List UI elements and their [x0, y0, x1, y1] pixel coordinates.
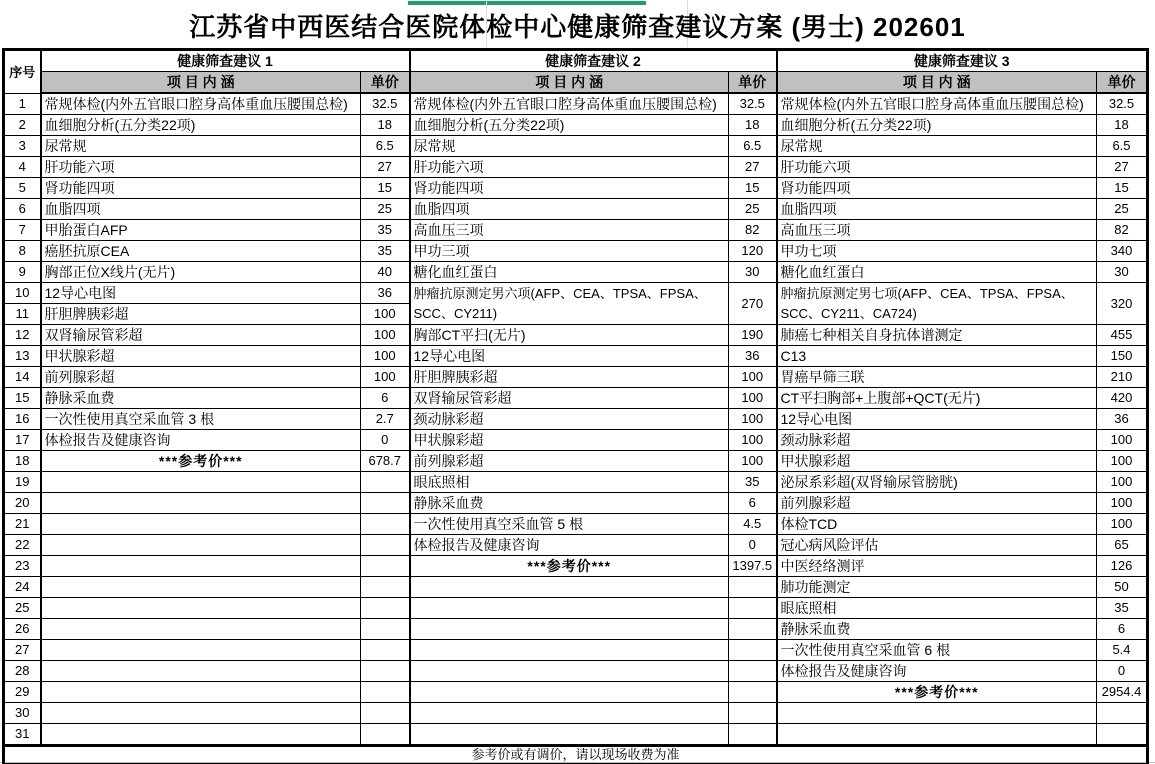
price-cell: 82: [729, 220, 777, 241]
item-cell: [41, 598, 361, 619]
price-cell: 100: [1097, 514, 1148, 535]
item-cell: 双肾输尿管彩超: [41, 325, 361, 346]
item-cell: 胸部CT平扫(无片): [410, 325, 729, 346]
price-cell: 210: [1097, 367, 1148, 388]
table-row: 5肾功能四项15肾功能四项15肾功能四项15: [4, 178, 1148, 199]
item-cell: [41, 661, 361, 682]
serial-cell: 28: [4, 661, 41, 682]
group1-item-header: 项 目 内 涵: [41, 72, 361, 94]
item-cell: [777, 703, 1097, 724]
table-row: 13甲状腺彩超10012导心电图36C13150: [4, 346, 1148, 367]
price-cell: [361, 682, 410, 703]
item-cell: [41, 493, 361, 514]
item-cell: 肝胆脾胰彩超: [410, 367, 729, 388]
price-cell: 100: [729, 409, 777, 430]
health-screening-table: 序号 健康筛查建议 1 健康筛查建议 2 健康筛查建议 3 项 目 内 涵 单价…: [2, 48, 1149, 764]
serial-cell: 22: [4, 535, 41, 556]
price-cell: [361, 703, 410, 724]
price-cell: 340: [1097, 241, 1148, 262]
table-row: 20静脉采血费6前列腺彩超100: [4, 493, 1148, 514]
item-cell: 体检报告及健康咨询: [777, 661, 1097, 682]
footer-note: 参考价或有调价，请以现场收费为准: [4, 746, 1148, 764]
price-cell: 320: [1097, 283, 1148, 325]
serial-cell: 16: [4, 409, 41, 430]
serial-cell: 23: [4, 556, 41, 577]
item-cell: 肺癌七种相关自身抗体谱测定: [777, 325, 1097, 346]
price-cell: [729, 661, 777, 682]
item-cell: [410, 640, 729, 661]
group2-item-header: 项 目 内 涵: [410, 72, 729, 94]
serial-cell: 31: [4, 724, 41, 746]
group3-item-header: 项 目 内 涵: [777, 72, 1097, 94]
item-cell: 体检TCD: [777, 514, 1097, 535]
page-title: 江苏省中西医结合医院体检中心健康筛查建议方案 (男士) 202601: [0, 7, 1155, 47]
price-cell: [729, 577, 777, 598]
item-cell: 12导心电图: [410, 346, 729, 367]
price-cell: [361, 535, 410, 556]
price-cell: 100: [361, 346, 410, 367]
price-cell: 35: [1097, 598, 1148, 619]
serial-cell: 21: [4, 514, 41, 535]
item-cell: ***参考价***: [410, 556, 729, 577]
serial-cell: 2: [4, 115, 41, 136]
item-cell: [41, 703, 361, 724]
serial-cell: 12: [4, 325, 41, 346]
price-cell: [361, 661, 410, 682]
serial-cell: 8: [4, 241, 41, 262]
item-cell: 甲状腺彩超: [410, 430, 729, 451]
price-cell: [361, 493, 410, 514]
serial-cell: 6: [4, 199, 41, 220]
item-cell: [41, 514, 361, 535]
price-cell: 65: [1097, 535, 1148, 556]
price-cell: 6: [361, 388, 410, 409]
price-cell: 40: [361, 262, 410, 283]
item-cell: 泌尿系彩超(双肾输尿管膀胱): [777, 472, 1097, 493]
item-cell: [410, 577, 729, 598]
item-cell: 常规体检(内外五官眼口腔身高体重血压腰围总检): [41, 93, 361, 115]
price-cell: 100: [1097, 493, 1148, 514]
item-cell: 尿常规: [41, 136, 361, 157]
item-cell: [41, 556, 361, 577]
serial-cell: 30: [4, 703, 41, 724]
table-row: 3尿常规6.5尿常规6.5尿常规6.5: [4, 136, 1148, 157]
price-cell: 6: [1097, 619, 1148, 640]
serial-cell: 19: [4, 472, 41, 493]
table-row: 17体检报告及健康咨询0甲状腺彩超100颈动脉彩超100: [4, 430, 1148, 451]
item-cell: [41, 724, 361, 746]
item-cell: 血脂四项: [777, 199, 1097, 220]
item-cell: [41, 682, 361, 703]
price-cell: 100: [361, 304, 410, 325]
group3-price-header: 单价: [1097, 72, 1148, 94]
item-cell: 血细胞分析(五分类22项): [777, 115, 1097, 136]
price-cell: 27: [729, 157, 777, 178]
item-cell: [410, 724, 729, 746]
table-row: 7甲胎蛋白AFP35高血压三项82高血压三项82: [4, 220, 1148, 241]
price-cell: 0: [1097, 661, 1148, 682]
price-cell: 36: [361, 283, 410, 304]
item-cell: 肝功能六项: [777, 157, 1097, 178]
item-cell: 一次性使用真空采血管 6 根: [777, 640, 1097, 661]
item-cell: 前列腺彩超: [41, 367, 361, 388]
price-cell: 100: [1097, 451, 1148, 472]
table-row: 9胸部正位X线片(无片)40糖化血红蛋白30糖化血红蛋白30: [4, 262, 1148, 283]
price-cell: [361, 724, 410, 746]
price-cell: 455: [1097, 325, 1148, 346]
serial-cell: 5: [4, 178, 41, 199]
price-cell: 36: [1097, 409, 1148, 430]
serial-cell: 10: [4, 283, 41, 304]
item-cell: 颈动脉彩超: [777, 430, 1097, 451]
price-cell: 100: [729, 388, 777, 409]
price-cell: 25: [361, 199, 410, 220]
item-cell: [410, 703, 729, 724]
item-cell: 癌胚抗原CEA: [41, 241, 361, 262]
price-cell: [361, 472, 410, 493]
group1-price-header: 单价: [361, 72, 410, 94]
item-cell: [410, 661, 729, 682]
item-cell: ***参考价***: [41, 451, 361, 472]
price-cell: 100: [729, 430, 777, 451]
price-cell: [729, 619, 777, 640]
price-cell: 32.5: [729, 93, 777, 115]
price-cell: 4.5: [729, 514, 777, 535]
item-cell: 肝功能六项: [41, 157, 361, 178]
price-cell: [729, 640, 777, 661]
price-cell: 15: [729, 178, 777, 199]
table-row: 26静脉采血费6: [4, 619, 1148, 640]
spreadsheet-page: 江苏省中西医结合医院体检中心健康筛查建议方案 (男士) 202601 序号 健康…: [0, 0, 1155, 764]
item-cell: [41, 619, 361, 640]
price-cell: 0: [729, 535, 777, 556]
group2-price-header: 单价: [729, 72, 777, 94]
item-cell: 体检报告及健康咨询: [41, 430, 361, 451]
price-cell: [361, 619, 410, 640]
item-cell: [41, 535, 361, 556]
item-cell: [410, 682, 729, 703]
item-cell: 前列腺彩超: [410, 451, 729, 472]
price-cell: 18: [361, 115, 410, 136]
price-cell: [361, 556, 410, 577]
serial-cell: 20: [4, 493, 41, 514]
price-cell: [1097, 703, 1148, 724]
table-row: 1常规体检(内外五官眼口腔身高体重血压腰围总检)32.5常规体检(内外五官眼口腔…: [4, 93, 1148, 115]
serial-cell: 18: [4, 451, 41, 472]
item-cell: 甲功七项: [777, 241, 1097, 262]
table-row: 21一次性使用真空采血管 5 根4.5体检TCD100: [4, 514, 1148, 535]
price-cell: 5.4: [1097, 640, 1148, 661]
top-accent-bar: [408, 1, 646, 5]
item-cell: [410, 619, 729, 640]
serial-header: 序号: [4, 50, 41, 94]
item-cell: 眼底照相: [410, 472, 729, 493]
table-row: 23***参考价***1397.5中医经络测评126: [4, 556, 1148, 577]
group1-title: 健康筛查建议 1: [41, 50, 410, 72]
table-row: 31: [4, 724, 1148, 746]
item-cell: 肾功能四项: [41, 178, 361, 199]
price-cell: 100: [361, 367, 410, 388]
price-cell: 1397.5: [729, 556, 777, 577]
table-row: 22体检报告及健康咨询0冠心病风险评估65: [4, 535, 1148, 556]
serial-cell: 29: [4, 682, 41, 703]
item-cell: 肝功能六项: [410, 157, 729, 178]
item-cell: 肺功能测定: [777, 577, 1097, 598]
price-cell: 27: [361, 157, 410, 178]
item-cell: 中医经络测评: [777, 556, 1097, 577]
item-cell: 眼底照相: [777, 598, 1097, 619]
table-row: 1012导心电图36肿瘤抗原测定男六项(AFP、CEA、TPSA、FPSA、SC…: [4, 283, 1148, 304]
table-row: 19眼底照相35泌尿系彩超(双肾输尿管膀胱)100: [4, 472, 1148, 493]
item-cell: 甲功三项: [410, 241, 729, 262]
table-row: 28体检报告及健康咨询0: [4, 661, 1148, 682]
item-cell: [41, 640, 361, 661]
table-row: 15静脉采血费6双肾输尿管彩超100CT平扫胸部+上腹部+QCT(无片)420: [4, 388, 1148, 409]
price-cell: 0: [361, 430, 410, 451]
item-cell: 甲胎蛋白AFP: [41, 220, 361, 241]
item-cell: C13: [777, 346, 1097, 367]
table-row: 16一次性使用真空采血管 3 根2.7颈动脉彩超10012导心电图36: [4, 409, 1148, 430]
price-cell: 420: [1097, 388, 1148, 409]
price-cell: 36: [729, 346, 777, 367]
serial-cell: 17: [4, 430, 41, 451]
group3-title: 健康筛查建议 3: [777, 50, 1148, 72]
price-cell: [729, 724, 777, 746]
price-cell: 2954.4: [1097, 682, 1148, 703]
item-cell: 静脉采血费: [777, 619, 1097, 640]
serial-cell: 13: [4, 346, 41, 367]
item-cell: 血细胞分析(五分类22项): [41, 115, 361, 136]
group2-title: 健康筛查建议 2: [410, 50, 777, 72]
serial-cell: 15: [4, 388, 41, 409]
serial-cell: 1: [4, 93, 41, 115]
price-cell: 30: [729, 262, 777, 283]
price-cell: 100: [729, 367, 777, 388]
price-cell: 6.5: [729, 136, 777, 157]
price-cell: 100: [361, 325, 410, 346]
item-cell: 尿常规: [410, 136, 729, 157]
item-cell: 肿瘤抗原测定男六项(AFP、CEA、TPSA、FPSA、SCC、CY211): [410, 283, 729, 325]
item-cell: 糖化血红蛋白: [410, 262, 729, 283]
price-cell: 32.5: [361, 93, 410, 115]
price-cell: 82: [1097, 220, 1148, 241]
item-cell: 静脉采血费: [41, 388, 361, 409]
table-row: 25眼底照相35: [4, 598, 1148, 619]
price-cell: 25: [729, 199, 777, 220]
table-row: 6血脂四项25血脂四项25血脂四项25: [4, 199, 1148, 220]
serial-cell: 3: [4, 136, 41, 157]
item-cell: 前列腺彩超: [777, 493, 1097, 514]
price-cell: 30: [1097, 262, 1148, 283]
serial-cell: 11: [4, 304, 41, 325]
price-cell: [1097, 724, 1148, 746]
price-cell: 678.7: [361, 451, 410, 472]
item-cell: [410, 598, 729, 619]
price-cell: 35: [361, 241, 410, 262]
table-row: 12双肾输尿管彩超100胸部CT平扫(无片)190肺癌七种相关自身抗体谱测定45…: [4, 325, 1148, 346]
price-cell: 100: [729, 451, 777, 472]
price-cell: 6.5: [1097, 136, 1148, 157]
item-cell: 肿瘤抗原测定男七项(AFP、CEA、TPSA、FPSA、SCC、CY211、CA…: [777, 283, 1097, 325]
price-cell: 190: [729, 325, 777, 346]
price-cell: 6: [729, 493, 777, 514]
price-cell: 150: [1097, 346, 1148, 367]
item-cell: 尿常规: [777, 136, 1097, 157]
serial-cell: 24: [4, 577, 41, 598]
item-cell: 肾功能四项: [777, 178, 1097, 199]
item-cell: 胃癌早筛三联: [777, 367, 1097, 388]
serial-cell: 9: [4, 262, 41, 283]
item-cell: 肾功能四项: [410, 178, 729, 199]
item-cell: 血脂四项: [410, 199, 729, 220]
serial-cell: 26: [4, 619, 41, 640]
group-title-row: 序号 健康筛查建议 1 健康筛查建议 2 健康筛查建议 3: [4, 50, 1148, 72]
price-cell: [361, 598, 410, 619]
table-row: 30: [4, 703, 1148, 724]
item-cell: 高血压三项: [777, 220, 1097, 241]
serial-cell: 27: [4, 640, 41, 661]
price-cell: 32.5: [1097, 93, 1148, 115]
item-cell: 12导心电图: [41, 283, 361, 304]
price-cell: 35: [361, 220, 410, 241]
item-cell: 甲状腺彩超: [777, 451, 1097, 472]
price-cell: [729, 598, 777, 619]
item-cell: 甲状腺彩超: [41, 346, 361, 367]
item-cell: 一次性使用真空采血管 5 根: [410, 514, 729, 535]
price-cell: 18: [1097, 115, 1148, 136]
price-cell: [729, 703, 777, 724]
price-cell: 18: [729, 115, 777, 136]
table-row: 18***参考价***678.7前列腺彩超100甲状腺彩超100: [4, 451, 1148, 472]
item-cell: [41, 472, 361, 493]
price-cell: 120: [729, 241, 777, 262]
item-cell: 颈动脉彩超: [410, 409, 729, 430]
item-cell: [777, 724, 1097, 746]
item-cell: 高血压三项: [410, 220, 729, 241]
price-cell: 15: [1097, 178, 1148, 199]
price-cell: [729, 682, 777, 703]
table-row: 2血细胞分析(五分类22项)18血细胞分析(五分类22项)18血细胞分析(五分类…: [4, 115, 1148, 136]
footer-row: 参考价或有调价，请以现场收费为准: [4, 746, 1148, 764]
table-row: 4肝功能六项27肝功能六项27肝功能六项27: [4, 157, 1148, 178]
item-cell: 常规体检(内外五官眼口腔身高体重血压腰围总检): [777, 93, 1097, 115]
price-cell: 270: [729, 283, 777, 325]
serial-cell: 4: [4, 157, 41, 178]
item-cell: 冠心病风险评估: [777, 535, 1097, 556]
price-cell: [361, 514, 410, 535]
price-cell: [361, 577, 410, 598]
item-cell: 一次性使用真空采血管 3 根: [41, 409, 361, 430]
table-row: 8癌胚抗原CEA35甲功三项120甲功七项340: [4, 241, 1148, 262]
item-cell: 常规体检(内外五官眼口腔身高体重血压腰围总检): [410, 93, 729, 115]
item-cell: 12导心电图: [777, 409, 1097, 430]
serial-cell: 14: [4, 367, 41, 388]
serial-cell: 25: [4, 598, 41, 619]
item-cell: 胸部正位X线片(无片): [41, 262, 361, 283]
price-cell: 100: [1097, 472, 1148, 493]
item-cell: 静脉采血费: [410, 493, 729, 514]
price-cell: 6.5: [361, 136, 410, 157]
table-row: 29***参考价***2954.4: [4, 682, 1148, 703]
item-cell: 体检报告及健康咨询: [410, 535, 729, 556]
table-row: 24肺功能测定50: [4, 577, 1148, 598]
price-cell: [361, 640, 410, 661]
table-row: 14前列腺彩超100肝胆脾胰彩超100胃癌早筛三联210: [4, 367, 1148, 388]
item-cell: 肝胆脾胰彩超: [41, 304, 361, 325]
price-cell: 2.7: [361, 409, 410, 430]
column-header-row: 项 目 内 涵 单价 项 目 内 涵 单价 项 目 内 涵 单价: [4, 72, 1148, 94]
price-cell: 27: [1097, 157, 1148, 178]
item-cell: CT平扫胸部+上腹部+QCT(无片): [777, 388, 1097, 409]
price-cell: 15: [361, 178, 410, 199]
item-cell: 糖化血红蛋白: [777, 262, 1097, 283]
item-cell: 双肾输尿管彩超: [410, 388, 729, 409]
price-cell: 35: [729, 472, 777, 493]
item-cell: ***参考价***: [777, 682, 1097, 703]
item-cell: 血脂四项: [41, 199, 361, 220]
item-cell: [41, 577, 361, 598]
price-cell: 126: [1097, 556, 1148, 577]
price-cell: 100: [1097, 430, 1148, 451]
price-cell: 25: [1097, 199, 1148, 220]
serial-cell: 7: [4, 220, 41, 241]
item-cell: 血细胞分析(五分类22项): [410, 115, 729, 136]
table-row: 27一次性使用真空采血管 6 根5.4: [4, 640, 1148, 661]
price-cell: 50: [1097, 577, 1148, 598]
